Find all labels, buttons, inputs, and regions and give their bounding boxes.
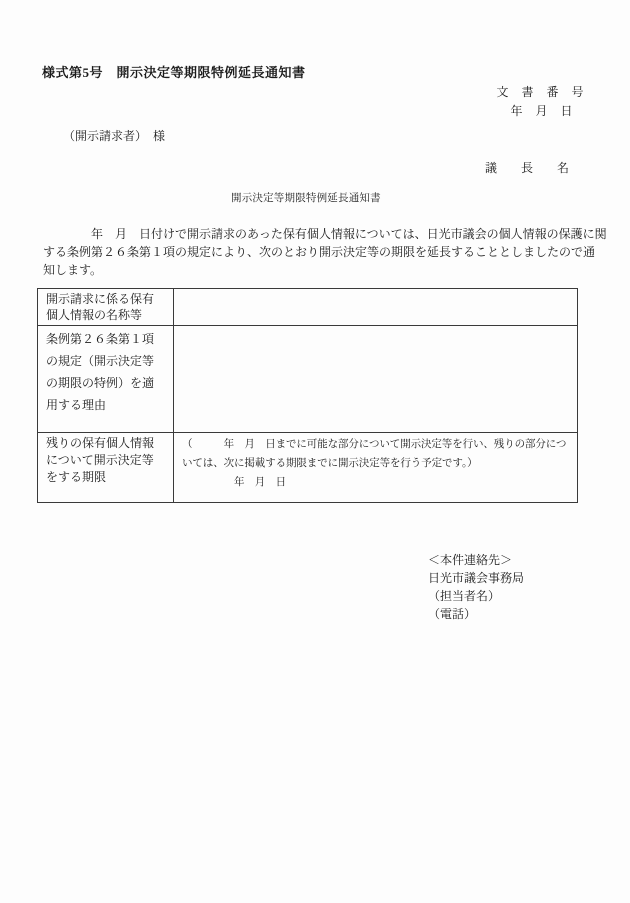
doc-number-label: 文 書 番 号: [496, 83, 584, 102]
table-row-reason: 条例第２６条第１項 の規定（開示決定等 の期限の特例）を適 用する理由: [38, 326, 578, 433]
contact-person: （担当者名）: [428, 587, 524, 605]
paragraph-line: 知します。: [43, 261, 607, 279]
row-label-line: の規定（開示決定等: [46, 350, 165, 372]
row-label-cell: 残りの保有個人情報 について開示決定等 をする期限: [38, 433, 174, 503]
document-title: 開示決定等期限特例延長通知書: [231, 190, 381, 205]
contact-block: ＜本件連絡先＞ 日光市議会事務局 （担当者名） （電話）: [428, 551, 524, 623]
row-label-line: の期限の特例）を適: [46, 372, 165, 394]
row-value-line: 年 月 日: [182, 473, 569, 492]
signer-name: 議 長 名: [485, 159, 569, 176]
row-label-line: をする期限: [46, 469, 165, 486]
row-value-line: いては、次に掲載する期限までに開示決定等を行う予定です。）: [182, 454, 569, 473]
form-number-heading: 様式第5号 開示決定等期限特例延長通知書: [42, 62, 306, 81]
addressee-line: （開示請求者） 様: [63, 127, 165, 144]
row-value-cell: （ 年 月 日までに可能な部分について開示決定等を行い、残りの部分につ いては、…: [174, 433, 578, 503]
row-label-line: 用する理由: [46, 394, 165, 416]
info-table: 開示請求に係る保有 個人情報の名称等 条例第２６条第１項 の規定（開示決定等 の…: [37, 288, 578, 503]
doc-date-label: 年 月 日: [496, 102, 584, 121]
contact-phone: （電話）: [428, 605, 524, 623]
row-value-cell-empty: [174, 289, 578, 326]
row-label-cell: 条例第２６条第１項 の規定（開示決定等 の期限の特例）を適 用する理由: [38, 326, 174, 433]
row-label-line: 残りの保有個人情報: [46, 435, 165, 452]
row-label-cell: 開示請求に係る保有 個人情報の名称等: [38, 289, 174, 326]
row-value-cell-empty: [174, 326, 578, 433]
document-page: 様式第5号 開示決定等期限特例延長通知書 文 書 番 号 年 月 日 （開示請求…: [0, 0, 630, 903]
row-value-line: （ 年 月 日までに可能な部分について開示決定等を行い、残りの部分につ: [182, 435, 569, 454]
contact-office: 日光市議会事務局: [428, 569, 524, 587]
table-row-deadline: 残りの保有個人情報 について開示決定等 をする期限 （ 年 月 日までに可能な部…: [38, 433, 578, 503]
doc-meta-block: 文 書 番 号 年 月 日: [496, 83, 584, 121]
row-label-line: 条例第２６条第１項: [46, 328, 165, 350]
paragraph-line: 年 月 日付けで開示請求のあった保有個人情報については、日光市議会の個人情報の保…: [43, 225, 607, 243]
row-label-line: 個人情報の名称等: [46, 307, 165, 323]
row-label-line: 開示請求に係る保有: [46, 291, 165, 307]
body-paragraph: 年 月 日付けで開示請求のあった保有個人情報については、日光市議会の個人情報の保…: [43, 225, 607, 279]
row-label-line: について開示決定等: [46, 452, 165, 469]
paragraph-line: する条例第２６条第１項の規定により、次のとおり開示決定等の期限を延長することとし…: [43, 243, 607, 261]
table-row-held-info-name: 開示請求に係る保有 個人情報の名称等: [38, 289, 578, 326]
contact-header: ＜本件連絡先＞: [428, 551, 524, 569]
